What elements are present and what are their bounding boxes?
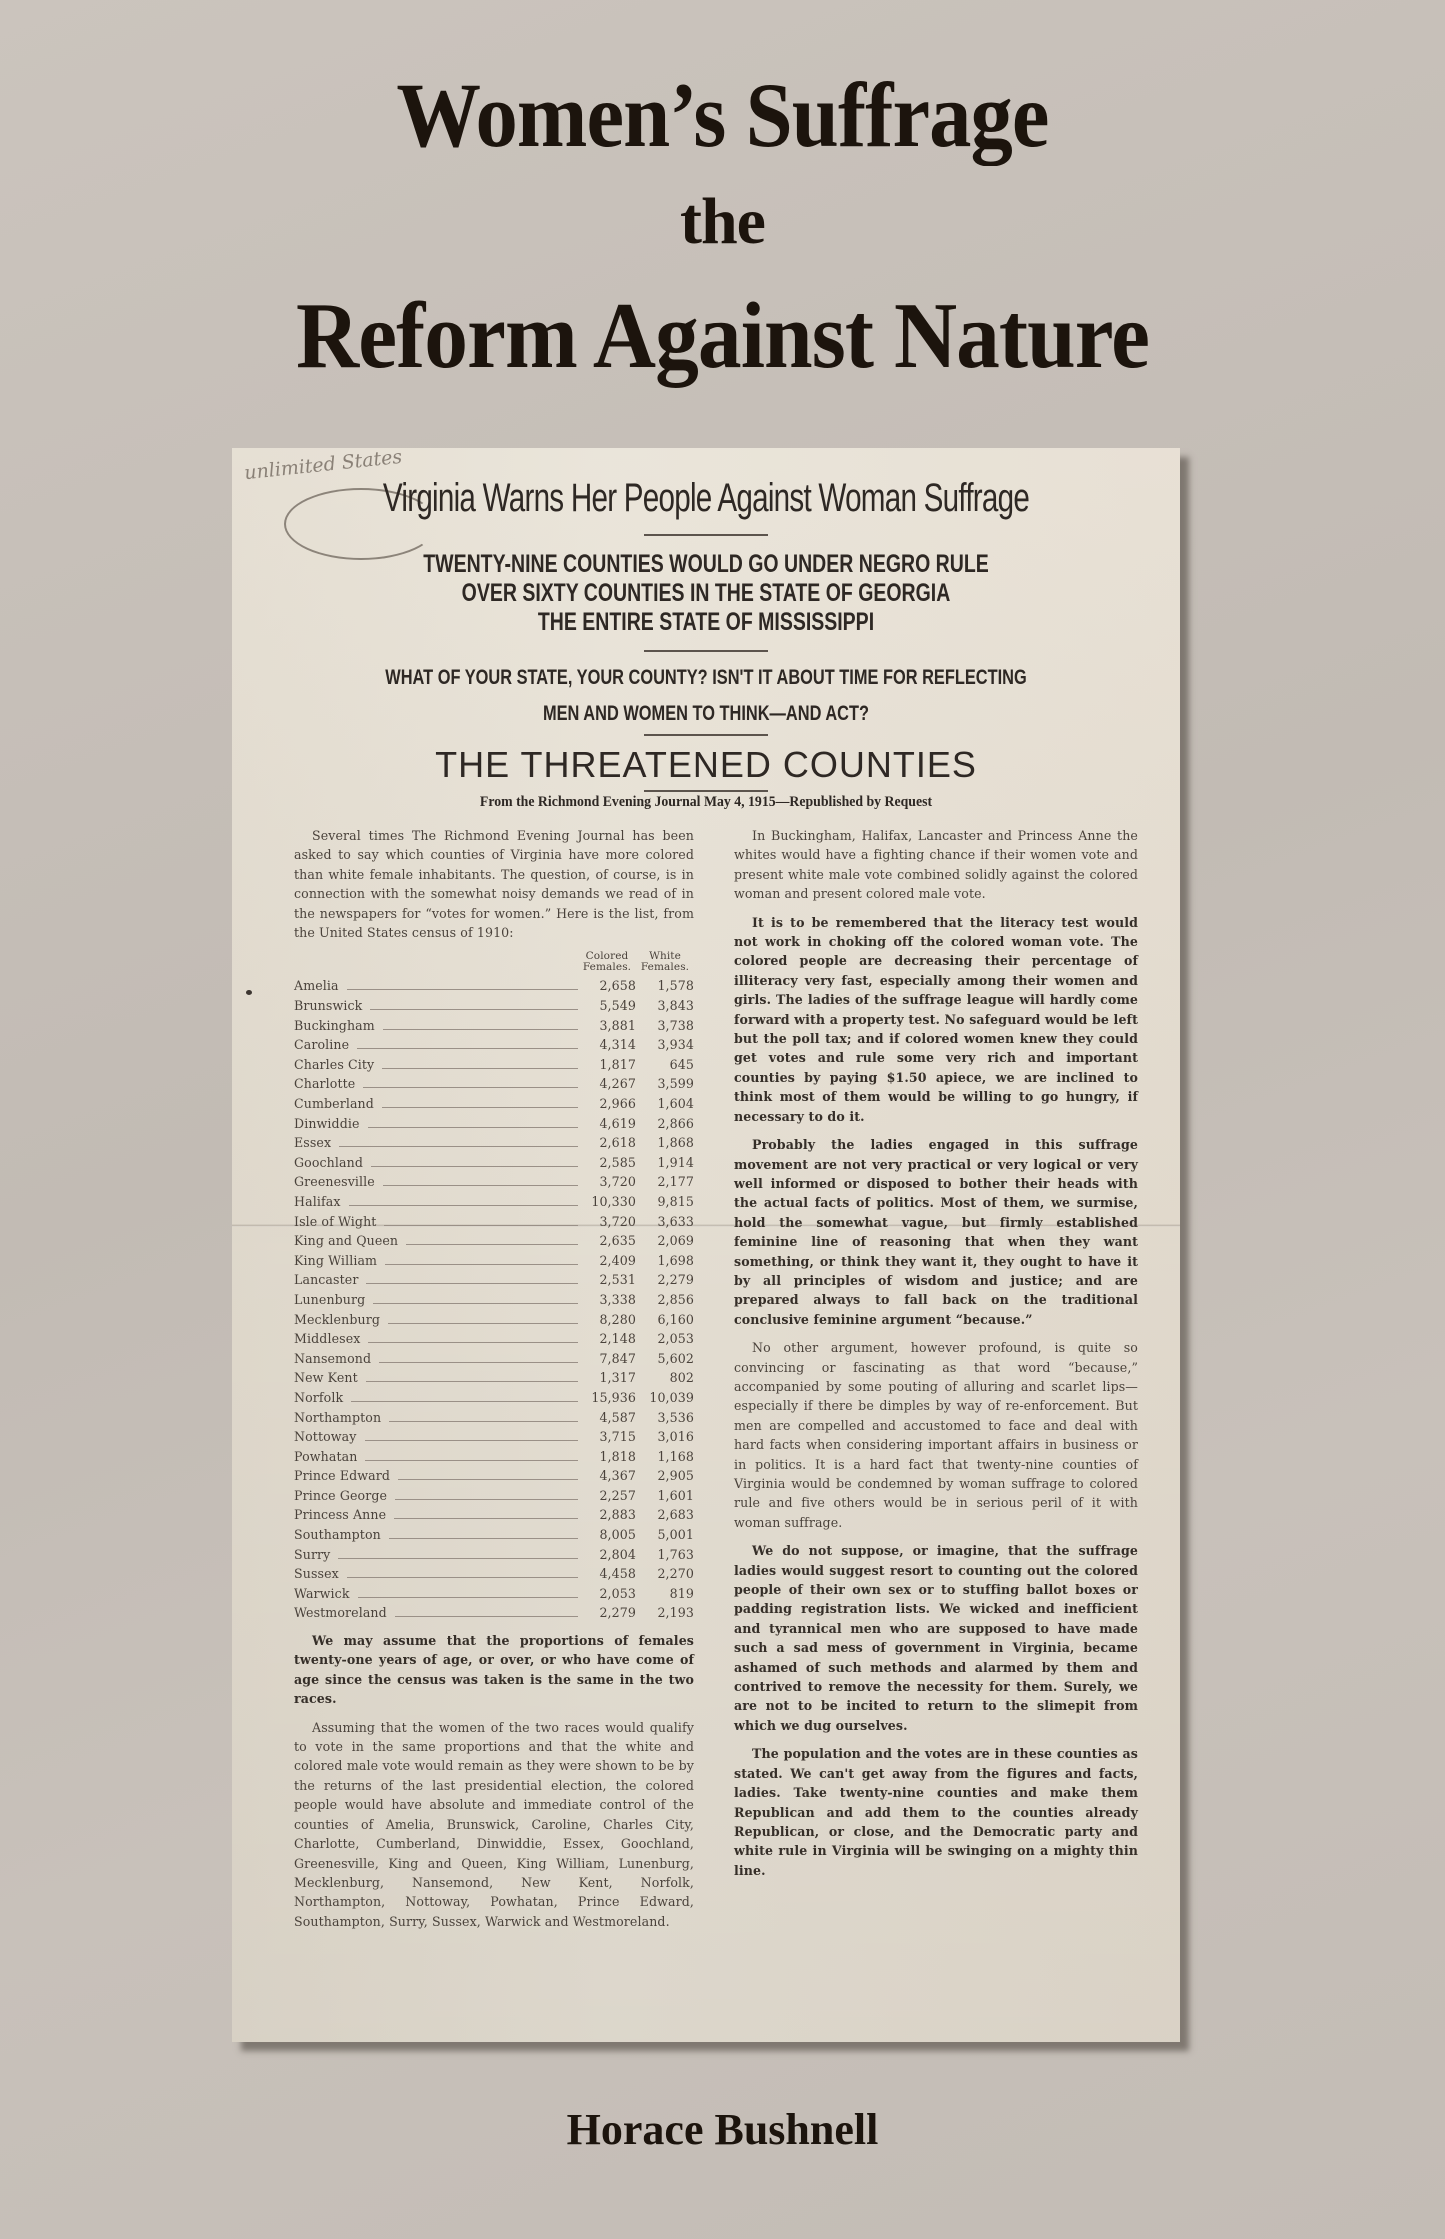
colored-females-value: 2,585 bbox=[578, 1153, 636, 1172]
colored-females-value: 1,818 bbox=[578, 1447, 636, 1466]
dot-leader bbox=[363, 1087, 578, 1088]
table-row: Mecklenburg8,2806,160 bbox=[294, 1310, 694, 1330]
dot-leader bbox=[373, 1303, 578, 1304]
colored-females-value: 3,715 bbox=[578, 1427, 636, 1446]
subhead-line: THE ENTIRE STATE OF MISSISSIPPI bbox=[336, 608, 1075, 637]
table-row: Prince Edward4,3672,905 bbox=[294, 1466, 694, 1486]
table-row: Norfolk15,93610,039 bbox=[294, 1388, 694, 1408]
broadside-question: WHAT OF YOUR STATE, YOUR COUNTY? ISN'T I… bbox=[336, 660, 1075, 732]
county-name: Norfolk bbox=[294, 1388, 351, 1407]
body-paragraph: Probably the ladies engaged in this suff… bbox=[734, 1135, 1138, 1329]
table-row: Sussex4,4582,270 bbox=[294, 1564, 694, 1584]
table-row: Brunswick5,5493,843 bbox=[294, 996, 694, 1016]
table-row: Amelia2,6581,578 bbox=[294, 976, 694, 996]
county-name: Essex bbox=[294, 1133, 339, 1152]
white-females-value: 2,279 bbox=[636, 1270, 694, 1289]
white-females-value: 3,633 bbox=[636, 1212, 694, 1231]
county-name: New Kent bbox=[294, 1368, 366, 1387]
colored-females-value: 4,619 bbox=[578, 1114, 636, 1133]
ink-dot-mark bbox=[246, 990, 252, 995]
table-row: Charlotte4,2673,599 bbox=[294, 1074, 694, 1094]
cover-title-line-3: Reform Against Nature bbox=[51, 280, 1395, 392]
white-females-value: 2,856 bbox=[636, 1290, 694, 1309]
dot-leader bbox=[379, 1362, 578, 1363]
table-row: New Kent1,317802 bbox=[294, 1368, 694, 1388]
colored-females-value: 4,267 bbox=[578, 1074, 636, 1093]
subhead-line: TWENTY-NINE COUNTIES WOULD GO UNDER NEGR… bbox=[336, 550, 1075, 579]
divider-rule bbox=[644, 650, 768, 652]
dot-leader bbox=[389, 1421, 578, 1422]
white-females-value: 1,578 bbox=[636, 976, 694, 995]
county-name: Lancaster bbox=[294, 1270, 366, 1289]
white-females-value: 1,601 bbox=[636, 1486, 694, 1505]
divider-rule bbox=[644, 790, 768, 792]
colored-females-value: 8,280 bbox=[578, 1310, 636, 1329]
table-row: King and Queen2,6352,069 bbox=[294, 1231, 694, 1251]
colored-females-value: 4,587 bbox=[578, 1408, 636, 1427]
county-name: Prince Edward bbox=[294, 1466, 398, 1485]
table-row: Middlesex2,1482,053 bbox=[294, 1329, 694, 1349]
colored-females-value: 4,314 bbox=[578, 1035, 636, 1054]
colored-females-value: 7,847 bbox=[578, 1349, 636, 1368]
county-name: King William bbox=[294, 1251, 385, 1270]
body-paragraph: We may assume that the proportions of fe… bbox=[294, 1631, 694, 1709]
dot-leader bbox=[382, 1107, 578, 1108]
white-females-value: 3,843 bbox=[636, 996, 694, 1015]
white-females-value: 3,599 bbox=[636, 1074, 694, 1093]
colored-females-value: 5,549 bbox=[578, 996, 636, 1015]
white-females-value: 2,683 bbox=[636, 1505, 694, 1524]
column-header-white: White Females. bbox=[636, 951, 694, 973]
dot-leader bbox=[368, 1127, 578, 1128]
column-header-colored: Colored Females. bbox=[578, 951, 636, 973]
dot-leader bbox=[371, 1166, 578, 1167]
colored-females-value: 4,458 bbox=[578, 1564, 636, 1583]
county-name: Isle of Wight bbox=[294, 1212, 384, 1231]
table-row: Powhatan1,8181,168 bbox=[294, 1447, 694, 1467]
colored-females-value: 2,618 bbox=[578, 1133, 636, 1152]
subhead-line: OVER SIXTY COUNTIES IN THE STATE OF GEOR… bbox=[336, 579, 1075, 608]
county-name: Middlesex bbox=[294, 1329, 368, 1348]
county-name: Amelia bbox=[294, 976, 347, 995]
county-name: Goochland bbox=[294, 1153, 371, 1172]
dot-leader bbox=[395, 1616, 578, 1617]
colored-females-value: 8,005 bbox=[578, 1525, 636, 1544]
table-row: Southampton8,0055,001 bbox=[294, 1525, 694, 1545]
county-name: Charlotte bbox=[294, 1074, 363, 1093]
county-name: Caroline bbox=[294, 1035, 357, 1054]
colored-females-value: 4,367 bbox=[578, 1466, 636, 1485]
white-females-value: 3,536 bbox=[636, 1408, 694, 1427]
body-paragraph: No other argument, however profound, is … bbox=[734, 1338, 1138, 1532]
table-row: Lunenburg3,3382,856 bbox=[294, 1290, 694, 1310]
county-name: Dinwiddie bbox=[294, 1114, 368, 1133]
colored-females-value: 2,635 bbox=[578, 1231, 636, 1250]
dot-leader bbox=[358, 1597, 578, 1598]
source-line: From the Richmond Evening Journal May 4,… bbox=[270, 794, 1142, 811]
intro-paragraph: Several times The Richmond Evening Journ… bbox=[294, 826, 694, 942]
body-paragraph: Assuming that the women of the two races… bbox=[294, 1718, 694, 1931]
county-name: Warwick bbox=[294, 1584, 358, 1603]
dot-leader bbox=[347, 1577, 578, 1578]
table-row: Greenesville3,7202,177 bbox=[294, 1172, 694, 1192]
white-females-value: 802 bbox=[636, 1368, 694, 1387]
dot-leader bbox=[385, 1264, 578, 1265]
county-table: Amelia2,6581,578Brunswick5,5493,843Bucki… bbox=[294, 976, 694, 1623]
broadside-headline: Virginia Warns Her People Against Woman … bbox=[355, 476, 1057, 521]
colored-females-value: 2,257 bbox=[578, 1486, 636, 1505]
dot-leader bbox=[389, 1538, 578, 1539]
dot-leader bbox=[338, 1558, 578, 1559]
dot-leader bbox=[406, 1244, 578, 1245]
white-females-value: 1,168 bbox=[636, 1447, 694, 1466]
dot-leader bbox=[383, 1185, 578, 1186]
white-females-value: 645 bbox=[636, 1055, 694, 1074]
divider-rule bbox=[644, 734, 768, 736]
section-title: THE THREATENED COUNTIES bbox=[232, 744, 1180, 786]
dot-leader bbox=[365, 1460, 578, 1461]
dot-leader bbox=[339, 1146, 578, 1147]
white-females-value: 2,193 bbox=[636, 1603, 694, 1622]
colored-females-value: 1,317 bbox=[578, 1368, 636, 1387]
white-females-value: 1,604 bbox=[636, 1094, 694, 1113]
white-females-value: 2,069 bbox=[636, 1231, 694, 1250]
colored-females-value: 3,881 bbox=[578, 1016, 636, 1035]
table-row: Lancaster2,5312,279 bbox=[294, 1270, 694, 1290]
body-paragraph: In Buckingham, Halifax, Lancaster and Pr… bbox=[734, 826, 1138, 904]
table-row: Goochland2,5851,914 bbox=[294, 1153, 694, 1173]
white-females-value: 3,934 bbox=[636, 1035, 694, 1054]
dot-leader bbox=[394, 1518, 578, 1519]
white-females-value: 1,868 bbox=[636, 1133, 694, 1152]
dot-leader bbox=[398, 1479, 578, 1480]
table-row: Charles City1,817645 bbox=[294, 1055, 694, 1075]
body-paragraph: It is to be remembered that the literacy… bbox=[734, 913, 1138, 1126]
table-row: Dinwiddie4,6192,866 bbox=[294, 1114, 694, 1134]
dot-leader bbox=[395, 1499, 578, 1500]
county-name: Lunenburg bbox=[294, 1290, 373, 1309]
dot-leader bbox=[366, 1381, 578, 1382]
white-females-value: 1,914 bbox=[636, 1153, 694, 1172]
colored-females-value: 3,720 bbox=[578, 1172, 636, 1191]
cover-title-line-2: the bbox=[0, 182, 1445, 262]
white-females-value: 3,016 bbox=[636, 1427, 694, 1446]
dot-leader bbox=[351, 1401, 578, 1402]
white-females-value: 2,177 bbox=[636, 1172, 694, 1191]
dot-leader bbox=[366, 1283, 578, 1284]
table-row: Surry2,8041,763 bbox=[294, 1545, 694, 1565]
county-name: Northampton bbox=[294, 1408, 389, 1427]
white-females-value: 1,698 bbox=[636, 1251, 694, 1270]
left-column: Several times The Richmond Evening Journ… bbox=[294, 826, 694, 1940]
right-column: In Buckingham, Halifax, Lancaster and Pr… bbox=[734, 826, 1138, 1889]
divider-rule bbox=[644, 534, 768, 536]
colored-females-value: 2,053 bbox=[578, 1584, 636, 1603]
county-name: Brunswick bbox=[294, 996, 370, 1015]
white-females-value: 2,905 bbox=[636, 1466, 694, 1485]
colored-females-value: 2,531 bbox=[578, 1270, 636, 1289]
county-name: Buckingham bbox=[294, 1016, 383, 1035]
colored-females-value: 2,804 bbox=[578, 1545, 636, 1564]
county-name: Mecklenburg bbox=[294, 1310, 388, 1329]
table-row: King William2,4091,698 bbox=[294, 1251, 694, 1271]
dot-leader bbox=[388, 1323, 578, 1324]
white-females-value: 2,270 bbox=[636, 1564, 694, 1583]
table-row: Essex2,6181,868 bbox=[294, 1133, 694, 1153]
dot-leader bbox=[349, 1205, 578, 1206]
cover-title-line-1: Women’s Suffrage bbox=[58, 60, 1387, 170]
dot-leader bbox=[382, 1068, 578, 1069]
broadside-subheads: TWENTY-NINE COUNTIES WOULD GO UNDER NEGR… bbox=[336, 550, 1075, 637]
table-header: Colored Females. White Females. bbox=[294, 951, 694, 973]
dot-leader bbox=[383, 1029, 578, 1030]
dot-leader bbox=[384, 1225, 578, 1226]
white-females-value: 2,866 bbox=[636, 1114, 694, 1133]
county-name: Charles City bbox=[294, 1055, 382, 1074]
white-females-value: 10,039 bbox=[636, 1388, 694, 1407]
county-name: King and Queen bbox=[294, 1231, 406, 1250]
colored-females-value: 15,936 bbox=[578, 1388, 636, 1407]
table-row: Westmoreland2,2792,193 bbox=[294, 1603, 694, 1623]
question-line: WHAT OF YOUR STATE, YOUR COUNTY? ISN'T I… bbox=[336, 660, 1075, 696]
historical-broadside: unlimited States Virginia Warns Her Peop… bbox=[232, 448, 1180, 2042]
colored-females-value: 10,330 bbox=[578, 1192, 636, 1211]
table-row: Halifax10,3309,815 bbox=[294, 1192, 694, 1212]
white-females-value: 9,815 bbox=[636, 1192, 694, 1211]
table-row: Nottoway3,7153,016 bbox=[294, 1427, 694, 1447]
county-name: Sussex bbox=[294, 1564, 347, 1583]
white-females-value: 5,001 bbox=[636, 1525, 694, 1544]
county-name: Nottoway bbox=[294, 1427, 365, 1446]
question-line: MEN AND WOMEN TO THINK—AND ACT? bbox=[336, 696, 1075, 732]
dot-leader bbox=[368, 1342, 578, 1343]
author-name: Horace Bushnell bbox=[0, 2104, 1445, 2155]
colored-females-value: 2,966 bbox=[578, 1094, 636, 1113]
county-name: Surry bbox=[294, 1545, 338, 1564]
county-name: Nansemond bbox=[294, 1349, 379, 1368]
county-name: Princess Anne bbox=[294, 1505, 394, 1524]
body-paragraph: The population and the votes are in thes… bbox=[734, 1744, 1138, 1880]
county-name: Southampton bbox=[294, 1525, 389, 1544]
dot-leader bbox=[370, 1009, 578, 1010]
table-row: Northampton4,5873,536 bbox=[294, 1408, 694, 1428]
table-row: Princess Anne2,8832,683 bbox=[294, 1505, 694, 1525]
table-row: Caroline4,3143,934 bbox=[294, 1035, 694, 1055]
table-row: Nansemond7,8475,602 bbox=[294, 1349, 694, 1369]
colored-females-value: 1,817 bbox=[578, 1055, 636, 1074]
county-name: Greenesville bbox=[294, 1172, 383, 1191]
dot-leader bbox=[357, 1048, 578, 1049]
white-females-value: 1,763 bbox=[636, 1545, 694, 1564]
county-name: Cumberland bbox=[294, 1094, 382, 1113]
dot-leader bbox=[365, 1440, 578, 1441]
county-name: Prince George bbox=[294, 1486, 395, 1505]
dot-leader bbox=[347, 989, 578, 990]
table-row: Isle of Wight3,7203,633 bbox=[294, 1212, 694, 1232]
county-name: Westmoreland bbox=[294, 1603, 395, 1622]
colored-females-value: 2,409 bbox=[578, 1251, 636, 1270]
white-females-value: 5,602 bbox=[636, 1349, 694, 1368]
body-paragraph: We do not suppose, or imagine, that the … bbox=[734, 1541, 1138, 1735]
county-name: Halifax bbox=[294, 1192, 349, 1211]
colored-females-value: 2,658 bbox=[578, 976, 636, 995]
colored-females-value: 2,279 bbox=[578, 1603, 636, 1622]
county-name: Powhatan bbox=[294, 1447, 365, 1466]
table-row: Prince George2,2571,601 bbox=[294, 1486, 694, 1506]
white-females-value: 3,738 bbox=[636, 1016, 694, 1035]
table-row: Buckingham3,8813,738 bbox=[294, 1016, 694, 1036]
table-row: Cumberland2,9661,604 bbox=[294, 1094, 694, 1114]
colored-females-value: 3,338 bbox=[578, 1290, 636, 1309]
colored-females-value: 3,720 bbox=[578, 1212, 636, 1231]
white-females-value: 6,160 bbox=[636, 1310, 694, 1329]
white-females-value: 819 bbox=[636, 1584, 694, 1603]
table-row: Warwick2,053819 bbox=[294, 1584, 694, 1604]
colored-females-value: 2,883 bbox=[578, 1505, 636, 1524]
colored-females-value: 2,148 bbox=[578, 1329, 636, 1348]
white-females-value: 2,053 bbox=[636, 1329, 694, 1348]
